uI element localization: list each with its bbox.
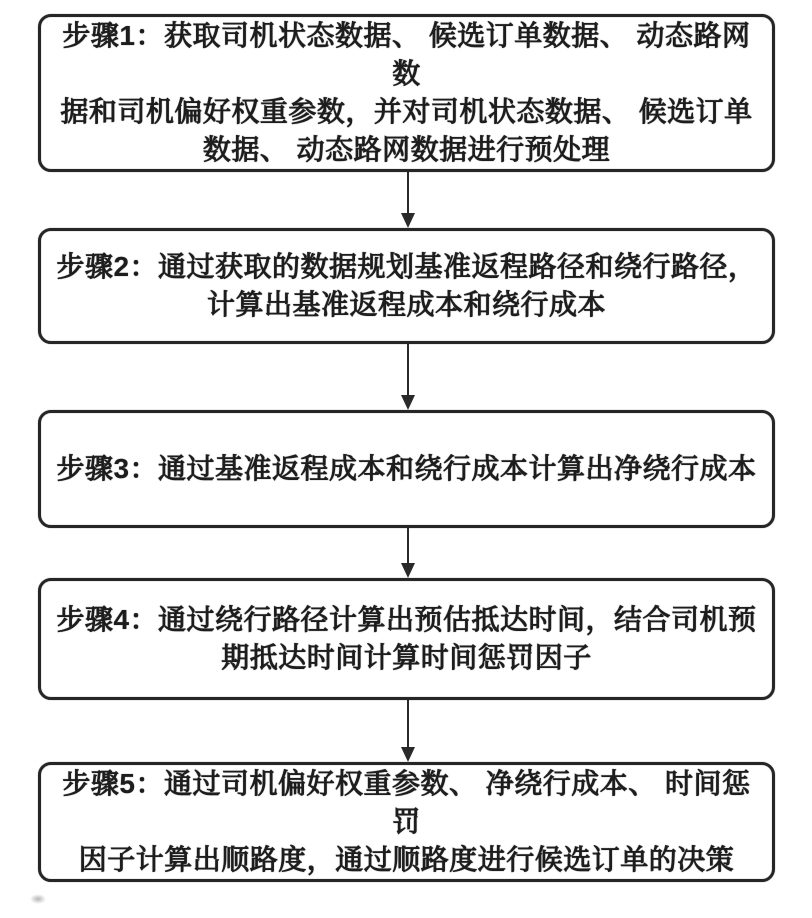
down-arrow-2 xyxy=(400,344,416,410)
flow-step-2-box: 步骤2：通过获取的数据规划基准返程路径和绕行路径， 计算出基准返程成本和绕行成本 xyxy=(38,228,775,344)
down-arrow-head-icon xyxy=(401,395,415,410)
down-arrow-shaft xyxy=(407,528,409,563)
down-arrow-shaft xyxy=(407,700,409,747)
flow-step-3-box: 步骤3：通过基准返程成本和绕行成本计算出净绕行成本 xyxy=(38,410,775,528)
flow-step-2-text: 步骤2：通过获取的数据规划基准返程路径和绕行路径， 计算出基准返程成本和绕行成本 xyxy=(48,248,764,324)
down-arrow-3 xyxy=(400,528,416,578)
flow-step-5-box: 步骤5：通过司机偏好权重参数、 净绕行成本、 时间惩罚 因子计算出顺路度，通过顺… xyxy=(38,762,775,882)
down-arrow-head-icon xyxy=(401,213,415,228)
flow-step-1-text: 步骤1：获取司机状态数据、 候选订单数据、 动态路网数 据和司机偏好权重参数，并… xyxy=(41,17,772,169)
down-arrow-head-icon xyxy=(401,563,415,578)
flow-step-4-box: 步骤4：通过绕行路径计算出预估抵达时间，结合司机预 期抵达时间计算时间惩罚因子 xyxy=(38,578,775,700)
down-arrow-shaft xyxy=(407,344,409,395)
down-arrow-1 xyxy=(400,172,416,228)
down-arrow-head-icon xyxy=(401,747,415,762)
flow-step-3-text: 步骤3：通过基准返程成本和绕行成本计算出净绕行成本 xyxy=(48,450,764,488)
flowchart: 步骤1：获取司机状态数据、 候选订单数据、 动态路网数 据和司机偏好权重参数，并… xyxy=(0,0,812,918)
flow-step-4-text: 步骤4：通过绕行路径计算出预估抵达时间，结合司机预 期抵达时间计算时间惩罚因子 xyxy=(48,601,764,677)
down-arrow-shaft xyxy=(407,172,409,213)
flow-step-5-text: 步骤5：通过司机偏好权重参数、 净绕行成本、 时间惩罚 因子计算出顺路度，通过顺… xyxy=(41,765,772,879)
scan-noise-speck xyxy=(30,894,46,904)
flow-step-1-box: 步骤1：获取司机状态数据、 候选订单数据、 动态路网数 据和司机偏好权重参数，并… xyxy=(38,14,775,172)
down-arrow-4 xyxy=(400,700,416,762)
